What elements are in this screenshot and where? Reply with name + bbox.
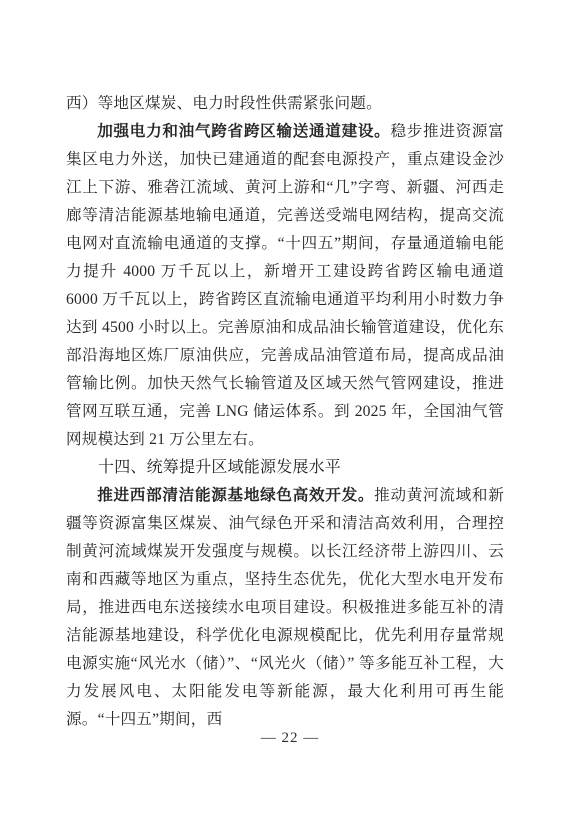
- lead-sentence: 推进西部清洁能源基地绿色高效开发。: [97, 487, 374, 504]
- text-run: 稳步推进资源富集区电力外送，加快已建通道的配套电源投产，重点建设金沙江上下游、雅…: [66, 123, 504, 448]
- paragraph: 西）等地区煤炭、电力时段性供需紧张问题。: [66, 90, 504, 118]
- paragraph: 推进西部清洁能源基地绿色高效开发。推动黄河流域和新疆等资源富集区煤炭、油气绿色开…: [66, 482, 504, 734]
- text-run: 推动黄河流域和新疆等资源富集区煤炭、油气绿色开采和清洁高效利用，合理控制黄河流域…: [66, 487, 504, 728]
- lead-sentence: 加强电力和油气跨省跨区输送通道建设。: [97, 123, 390, 140]
- page-number: — 22 —: [0, 727, 580, 749]
- paragraph: 加强电力和油气跨省跨区输送通道建设。稳步推进资源富集区电力外送，加快已建通道的配…: [66, 118, 504, 454]
- text-run: 西）等地区煤炭、电力时段性供需紧张问题。: [66, 95, 382, 112]
- text-run: 十四、统筹提升区域能源发展水平: [98, 459, 341, 476]
- document-body: 西）等地区煤炭、电力时段性供需紧张问题。加强电力和油气跨省跨区输送通道建设。稳步…: [66, 90, 504, 734]
- section-heading: 十四、统筹提升区域能源发展水平: [66, 454, 504, 482]
- document-page: 西）等地区煤炭、电力时段性供需紧张问题。加强电力和油气跨省跨区输送通道建设。稳步…: [0, 0, 580, 820]
